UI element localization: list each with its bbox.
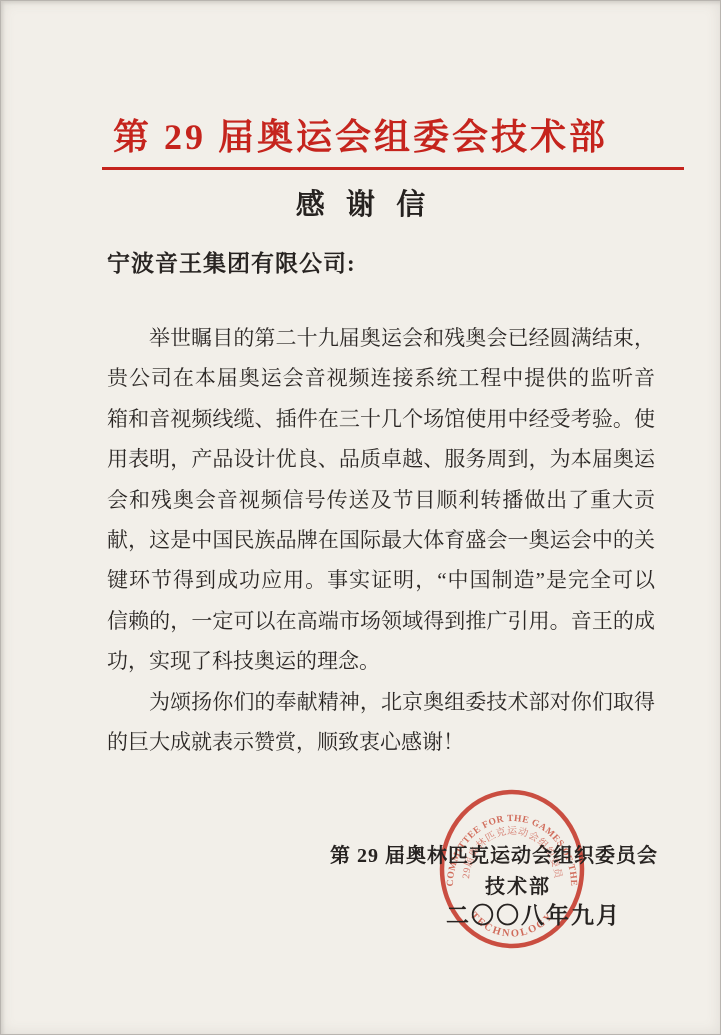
- body-line: 功，实现了科技奥运的理念。: [107, 641, 655, 681]
- body-line: 的巨大成就表示赞赏，顺致衷心感谢！: [107, 722, 655, 762]
- signature-department: 技术部: [485, 870, 551, 899]
- letter-body: 举世瞩目的第二十九届奥运会和残奥会已经圆满结束， 贵公司在本届奥运会音视频连接系…: [107, 318, 655, 762]
- body-line: 信赖的，一定可以在高端市场领域得到推广引用。音王的成: [107, 601, 655, 641]
- letter-subject: 感 谢 信: [1, 182, 720, 223]
- letter-page: 第 29 届奥运会组委会技术部 感 谢 信 宁波音王集团有限公司: 举世瞩目的第…: [0, 0, 721, 1035]
- body-line: 用表明，产品设计优良、品质卓越、服务周到，为本届奥运: [107, 439, 655, 479]
- salutation: 宁波音王集团有限公司:: [107, 245, 356, 278]
- letterhead-rule: [102, 167, 684, 170]
- body-line: 箱和音视频线缆、插件在三十几个场馆使用中经受考验。使: [107, 399, 655, 439]
- signature-organization: 第 29 届奥林匹克运动会组织委员会: [330, 839, 658, 868]
- signature-date: 二〇〇八年九月: [446, 897, 621, 930]
- body-line: 举世瞩目的第二十九届奥运会和残奥会已经圆满结束，: [107, 318, 655, 358]
- body-line: 会和残奥会音视频信号传送及节目顺利转播做出了重大贡: [107, 480, 655, 520]
- body-line: 键环节得到成功应用。事实证明，“中国制造”是完全可以: [107, 560, 655, 600]
- letterhead-title: 第 29 届奥运会组委会技术部: [1, 109, 720, 160]
- body-line: 献，这是中国民族品牌在国际最大体育盛会一奥运会中的关: [107, 520, 655, 560]
- body-line: 贵公司在本届奥运会音视频连接系统工程中提供的监听音: [107, 358, 655, 398]
- body-line: 为颂扬你们的奉献精神，北京奥组委技术部对你们取得: [107, 682, 655, 722]
